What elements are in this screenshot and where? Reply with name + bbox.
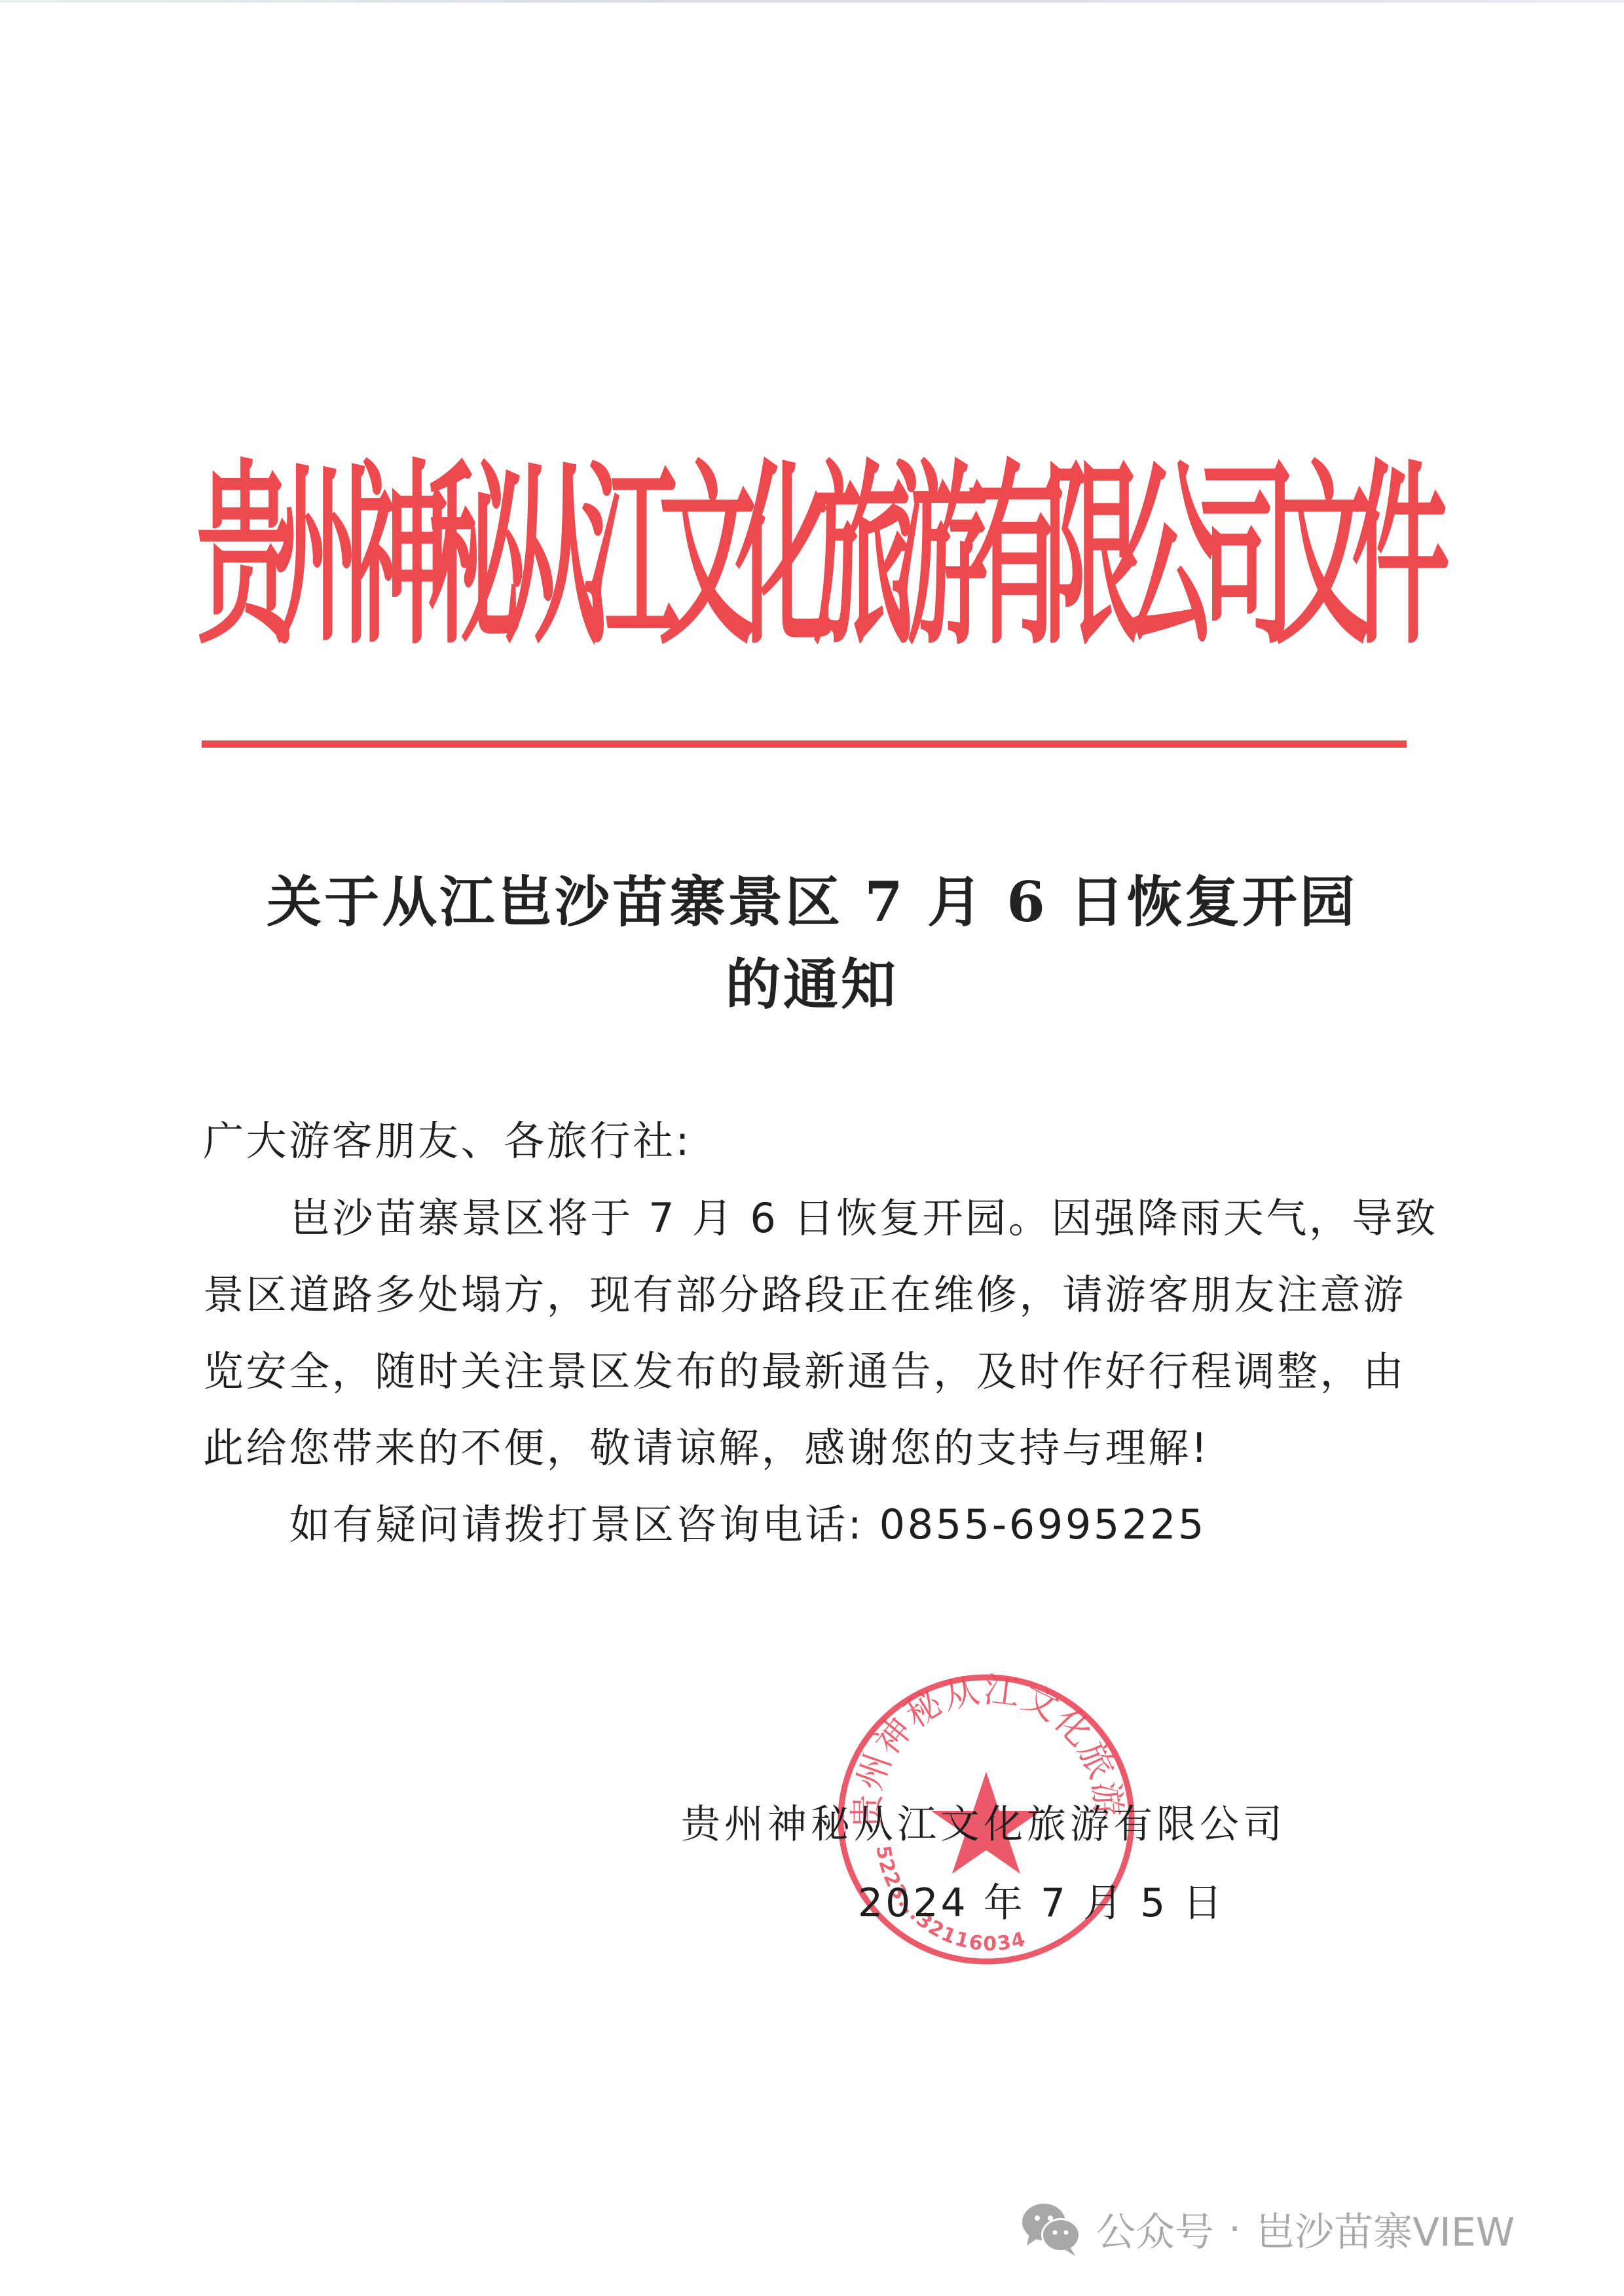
notice-title-line-1: 关于从江岜沙苗寨景区 7 月 6 日恢复开园 (203, 875, 1421, 930)
letterhead-char: 文 (659, 458, 735, 655)
red-letterhead-title: 贵 州 神 秘 从 江 文 化 旅 游 有 限 公 司 文 件 (196, 452, 1428, 661)
wechat-icon (1019, 2200, 1084, 2259)
letterhead-char: 化 (735, 458, 811, 655)
paragraph-line: 览安全，随时关注景区发布的最新通告，及时作好行程调整，由 (203, 1351, 1411, 1392)
watermark-label: 公众号 (1096, 2201, 1214, 2257)
salutation: 广大游客朋友、各旅行社: (203, 1121, 1411, 1161)
letterhead-char: 旅 (813, 458, 889, 655)
watermark-separator: · (1228, 2206, 1241, 2252)
letterhead-char: 有 (967, 458, 1043, 655)
letterhead-char: 司 (1198, 458, 1274, 655)
signature-company: 贵州神秘从江文化旅游有限公司 (681, 1805, 1286, 1844)
scan-edge-artifact (0, 0, 1624, 3)
letterhead-char: 游 (889, 458, 965, 655)
paragraph-line: 景区道路多处塌方，现有部分路段正在维修，请游客朋友注意游 (203, 1275, 1411, 1315)
letterhead-char: 件 (1352, 458, 1428, 655)
paragraph-line: 岜沙苗寨景区将于 7 月 6 日恢复开园。因强降雨天气，导致 (289, 1198, 1498, 1239)
letterhead-char: 文 (1274, 458, 1350, 655)
contact-phone-line: 如有疑问请拨打景区咨询电话: 0855-6995225 (289, 1504, 1498, 1545)
wechat-official-account-watermark: 公众号 · 岜沙苗寨VIEW (1019, 2200, 1515, 2259)
letterhead-char: 神 (350, 458, 426, 655)
notice-title-line-2: 的通知 (203, 957, 1421, 1012)
letterhead-char: 限 (1044, 458, 1120, 655)
letterhead-char: 秘 (428, 458, 504, 655)
signature-date: 2024 年 7 月 5 日 (858, 1884, 1225, 1923)
letterhead-char: 公 (1120, 458, 1196, 655)
red-divider-rule (202, 740, 1407, 748)
letterhead-char: 贵 (196, 458, 272, 655)
letterhead-char: 江 (581, 458, 657, 655)
letterhead-char: 州 (274, 458, 350, 655)
watermark-account-name: 岜沙苗寨VIEW (1255, 2201, 1515, 2257)
paragraph-line: 此给您带来的不便，敬请谅解，感谢您的支持与理解! (203, 1428, 1411, 1468)
letterhead-char: 从 (504, 458, 580, 655)
